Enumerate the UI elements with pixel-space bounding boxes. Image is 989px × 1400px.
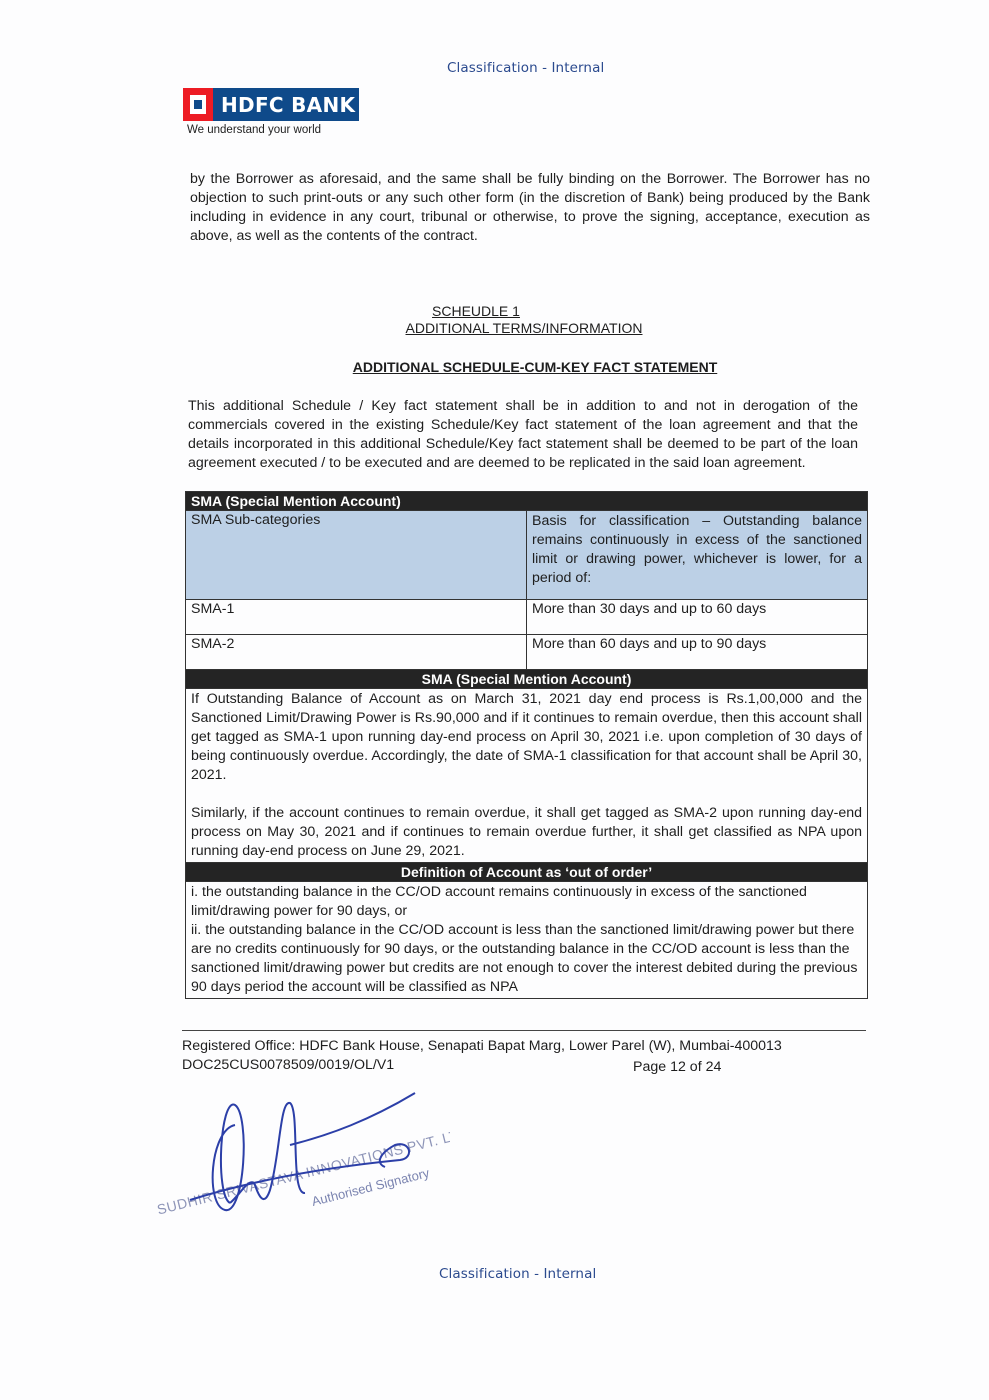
classification-label-top: Classification - Internal — [447, 60, 604, 76]
out-of-order-item-1: i. the outstanding balance in the CC/OD … — [191, 883, 862, 921]
schedule-subtitle: ADDITIONAL TERMS/INFORMATION — [0, 320, 989, 336]
table-row: SMA-2 More than 60 days and up to 90 day… — [186, 635, 868, 670]
out-of-order-content: i. the outstanding balance in the CC/OD … — [186, 882, 868, 999]
classification-label-bottom: Classification - Internal — [439, 1266, 596, 1282]
out-of-order-item-2: ii. the outstanding balance in the CC/OD… — [191, 921, 862, 997]
example-paragraph-1: If Outstanding Balance of Account as on … — [191, 690, 862, 785]
example-content: If Outstanding Balance of Account as on … — [186, 689, 868, 863]
table-row: SMA-1 More than 30 days and up to 60 day… — [186, 600, 868, 635]
kfs-paragraph: This additional Schedule / Key fact stat… — [188, 397, 858, 473]
column-header-basis: Basis for classification – Outstanding b… — [527, 511, 868, 600]
document-id: DOC25CUS0078509/0019/OL/V1 — [182, 1057, 394, 1073]
page-number: Page 12 of 24 — [633, 1059, 721, 1075]
row-period: More than 30 days and up to 60 days — [527, 600, 868, 635]
hdfc-bank-logo: HDFC BANK — [183, 88, 359, 121]
registered-office: Registered Office: HDFC Bank House, Sena… — [182, 1038, 782, 1054]
row-category: SMA-1 — [186, 600, 527, 635]
row-category: SMA-2 — [186, 635, 527, 670]
out-of-order-heading: Definition of Account as ‘out of order’ — [186, 863, 868, 882]
logo-tagline: We understand your world — [187, 124, 321, 136]
schedule-title: SCHEUDLE 1 — [0, 303, 952, 320]
kfs-title: ADDITIONAL SCHEDULE-CUM-KEY FACT STATEME… — [0, 359, 989, 375]
sma-table-title: SMA (Special Mention Account) — [186, 492, 868, 511]
hdfc-logo-icon — [183, 88, 213, 121]
intro-paragraph: by the Borrower as aforesaid, and the sa… — [190, 170, 870, 246]
logo-text: HDFC BANK — [221, 93, 355, 117]
example-heading: SMA (Special Mention Account) — [186, 670, 868, 689]
sma-table: SMA (Special Mention Account) SMA Sub-ca… — [185, 491, 868, 999]
signature-stamp: SUDHIR SRIVASTAVA INNOVATIONS PVT. LTD. … — [130, 1085, 450, 1225]
example-paragraph-2: Similarly, if the account continues to r… — [191, 804, 862, 861]
column-header-subcategories: SMA Sub-categories — [186, 511, 527, 600]
row-period: More than 60 days and up to 90 days — [527, 635, 868, 670]
footer-divider — [182, 1030, 866, 1031]
